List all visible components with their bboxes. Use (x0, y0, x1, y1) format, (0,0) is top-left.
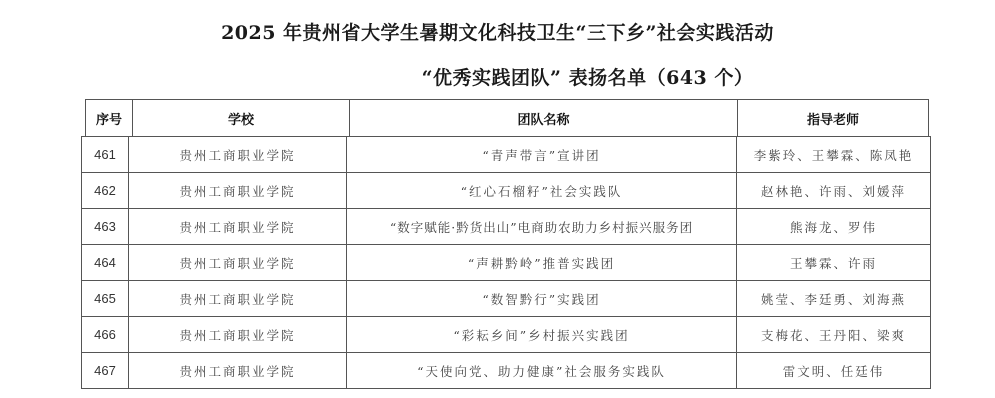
header-school: 学校 (133, 100, 350, 137)
table-row: 466 贵州工商职业学院 “彩耘乡间”乡村振兴实践团 支梅花、王丹阳、梁爽 (82, 317, 931, 353)
cell-team-name: “声耕黔岭”推普实践团 (347, 245, 737, 281)
table-row: 464 贵州工商职业学院 “声耕黔岭”推普实践团 王攀霖、许雨 (82, 245, 931, 281)
cell-team-name: “数智黔行”实践团 (347, 281, 737, 317)
table-row: 467 贵州工商职业学院 “天使向党、助力健康”社会服务实践队 雷文明、任廷伟 (82, 353, 931, 389)
cell-number: 466 (82, 317, 129, 353)
cell-number: 461 (82, 137, 129, 173)
cell-team-name: “彩耘乡间”乡村振兴实践团 (347, 317, 737, 353)
table-header: 序号 学校 团队名称 指导老师 (85, 99, 929, 137)
cell-advisors: 姚莹、李廷勇、刘海燕 (737, 281, 931, 317)
cell-advisors: 支梅花、王丹阳、梁爽 (737, 317, 931, 353)
document-title: 2025 年贵州省大学生暑期文化科技卫生“三下乡”社会实践活动 (0, 18, 995, 45)
cell-team-name: “数字赋能·黔货出山”电商助农助力乡村振兴服务团 (347, 209, 737, 245)
table-row: 461 贵州工商职业学院 “青声带言”宣讲团 李紫玲、王攀霖、陈凤艳 (82, 137, 931, 173)
table-row: 463 贵州工商职业学院 “数字赋能·黔货出山”电商助农助力乡村振兴服务团 熊海… (82, 209, 931, 245)
cell-advisors: 熊海龙、罗伟 (737, 209, 931, 245)
cell-school: 贵州工商职业学院 (129, 173, 347, 209)
cell-team-name: “青声带言”宣讲团 (347, 137, 737, 173)
table-row: 465 贵州工商职业学院 “数智黔行”实践团 姚莹、李廷勇、刘海燕 (82, 281, 931, 317)
cell-school: 贵州工商职业学院 (129, 281, 347, 317)
cell-team-name: “天使向党、助力健康”社会服务实践队 (347, 353, 737, 389)
cell-school: 贵州工商职业学院 (129, 245, 347, 281)
honor-list-table: 461 贵州工商职业学院 “青声带言”宣讲团 李紫玲、王攀霖、陈凤艳 462 贵… (81, 136, 931, 389)
cell-number: 467 (82, 353, 129, 389)
cell-number: 462 (82, 173, 129, 209)
cell-school: 贵州工商职业学院 (129, 317, 347, 353)
cell-number: 463 (82, 209, 129, 245)
cell-number: 465 (82, 281, 129, 317)
cell-advisors: 赵林艳、许雨、刘媛萍 (737, 173, 931, 209)
cell-advisors: 李紫玲、王攀霖、陈凤艳 (737, 137, 931, 173)
cell-school: 贵州工商职业学院 (129, 137, 347, 173)
cell-school: 贵州工商职业学院 (129, 353, 347, 389)
header-advisors: 指导老师 (738, 100, 929, 137)
header-number: 序号 (86, 100, 133, 137)
cell-advisors: 雷文明、任廷伟 (737, 353, 931, 389)
cell-school: 贵州工商职业学院 (129, 209, 347, 245)
cell-number: 464 (82, 245, 129, 281)
cell-advisors: 王攀霖、许雨 (737, 245, 931, 281)
cell-team-name: “红心石榴籽”社会实践队 (347, 173, 737, 209)
header-team-name: 团队名称 (350, 100, 738, 137)
table-row: 462 贵州工商职业学院 “红心石榴籽”社会实践队 赵林艳、许雨、刘媛萍 (82, 173, 931, 209)
document-subtitle: “优秀实践团队” 表扬名单（643 个） (90, 63, 995, 90)
